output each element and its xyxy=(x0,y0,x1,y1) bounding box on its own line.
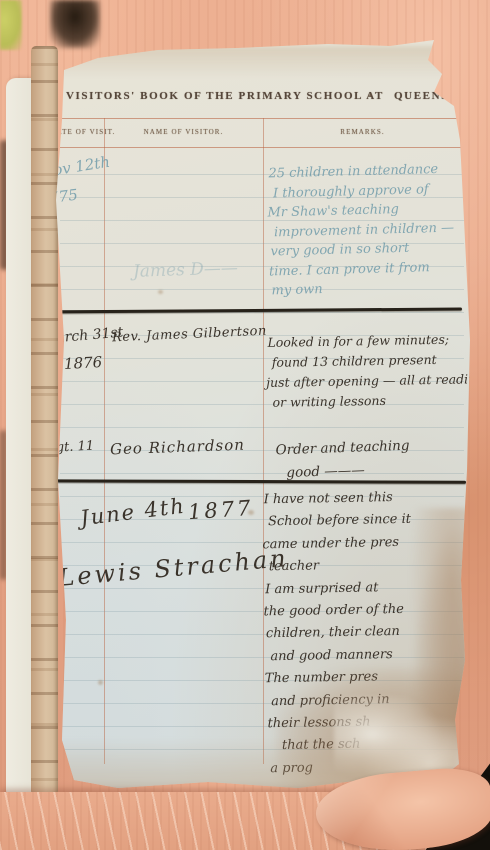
remark-line: Order and teaching xyxy=(275,435,410,463)
ornament-mark: * xyxy=(368,92,373,102)
foxing-speck xyxy=(248,510,254,515)
remark-line: that the sch xyxy=(282,733,415,758)
page-title: VISITORS' BOOK OF THE PRIMARY SCHOOL AT xyxy=(66,90,384,102)
remark-line: just after opening — all at reading xyxy=(266,369,484,393)
foxing-speck xyxy=(158,290,163,294)
entry2-date-line2: 1876 xyxy=(64,353,103,373)
entry2-remarks: Looked in for a few minutes; found 13 ch… xyxy=(267,329,484,413)
photo-of-visitors-book: VISITORS' BOOK OF THE PRIMARY SCHOOL AT … xyxy=(0,0,490,850)
entry4-date-year: 1877 xyxy=(187,496,254,525)
table-header-bottom-rule xyxy=(60,147,462,148)
remark-line: The number pres xyxy=(265,666,414,691)
table-top-rule xyxy=(60,118,462,119)
remark-line: came under the pres xyxy=(262,532,411,557)
entry3-remarks: Order and teaching good ——— xyxy=(275,435,410,486)
book-binding-gutter xyxy=(31,46,58,796)
remark-line: and good manners xyxy=(270,644,413,669)
remark-line: their lessons sh xyxy=(267,711,414,736)
shadow-blotch xyxy=(50,0,100,48)
entry1-visitor-signature: James D—— xyxy=(133,258,239,282)
entry1-remarks: 25 children in attendance I thoroughly a… xyxy=(268,160,456,301)
remark-line: teacher xyxy=(269,554,412,579)
remark-line: and proficiency in xyxy=(271,688,414,713)
foxing-speck xyxy=(98,680,103,685)
column-header-name: NAME OF VISITOR. xyxy=(104,128,263,136)
remark-line: School before since it xyxy=(268,509,411,534)
remark-line: I have not seen this xyxy=(263,487,410,512)
ledger-page: VISITORS' BOOK OF THE PRIMARY SCHOOL AT … xyxy=(38,40,470,800)
remark-line: the good order of the xyxy=(263,599,412,624)
remark-line: children, their clean xyxy=(266,621,413,646)
column-header-remarks: REMARKS. xyxy=(263,128,462,136)
yellow-corner-patch xyxy=(0,0,22,50)
entry1-date-line2: ’75 xyxy=(53,186,79,207)
entry4-remarks: I have not seen this School before since… xyxy=(263,487,415,781)
remark-line: I am surprised at xyxy=(265,576,412,601)
remark-line: good ——— xyxy=(286,458,411,485)
remark-line: or writing lessons xyxy=(272,389,484,413)
